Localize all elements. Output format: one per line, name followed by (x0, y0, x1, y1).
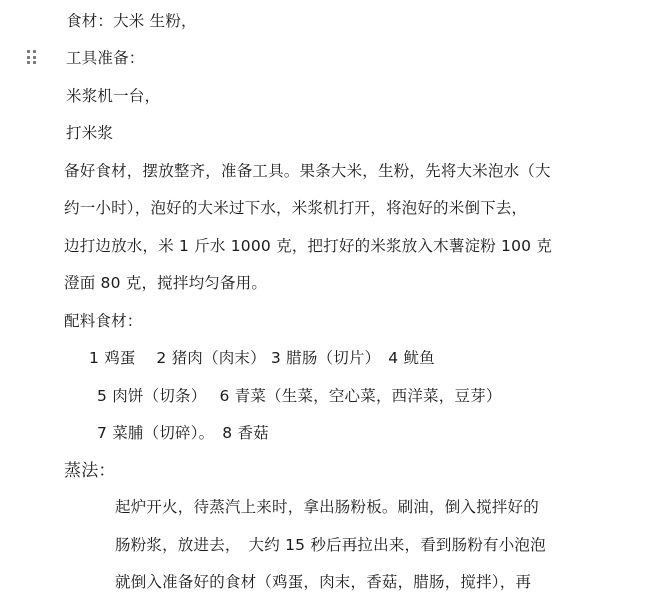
steam-paragraph-line: 肠粉浆，放进去， 大约 15 秒后再拉出来，看到肠粉有小泡泡 (115, 535, 546, 555)
steam-heading: 蒸法： (64, 461, 116, 481)
rice-milk-paragraph-line: 备好食材，摆放整齐，准备工具。果条大米，生粉，先将大米泡水（大 (64, 161, 551, 181)
steam-paragraph-line: 起炉开火，待蒸汽上来时，拿出肠粉板。刷油，倒入搅拌好的 (115, 497, 539, 517)
toppings-line: 1 鸡蛋 2 猪肉（肉末） 3 腊肠（切片） 4 鱿鱼 (89, 348, 435, 368)
document-page: 食材：大米 生粉， 工具准备： 米浆机一台， 打米浆 备好食材，摆放整齐，准备工… (0, 0, 645, 600)
steam-paragraph-line: 就倒入准备好的食材（鸡蛋，肉末，香菇，腊肠，搅拌），再 (115, 572, 531, 592)
rice-milk-paragraph-line: 澄面 80 克，搅拌均匀备用。 (64, 273, 267, 293)
drag-dot (33, 56, 36, 59)
drag-dot (27, 61, 30, 64)
toppings-heading: 配料食材： (64, 311, 143, 331)
rice-milk-paragraph-line: 约一小时），泡好的大米过下水，米浆机打开，将泡好的米倒下去， (64, 198, 527, 218)
rice-milk-paragraph-line: 边打边放水，米 1 斤水 1000 克，把打好的米浆放入木薯淀粉 100 克 (64, 236, 552, 256)
toppings-line: 7 菜脯（切碎）。 8 香菇 (97, 423, 269, 443)
drag-handle-icon[interactable] (27, 50, 37, 64)
drag-dot (33, 61, 36, 64)
drag-dot (27, 56, 30, 59)
section-rice-milk-heading: 打米浆 (66, 123, 113, 143)
toppings-line: 5 肉饼（切条） 6 青菜（生菜，空心菜，西洋菜，豆芽） (97, 386, 502, 406)
tools-item: 米浆机一台， (66, 86, 160, 106)
drag-dot (33, 50, 36, 53)
ingredients-line: 食材：大米 生粉， (66, 11, 197, 31)
drag-dot (27, 50, 30, 53)
tools-heading: 工具准备： (66, 48, 145, 68)
